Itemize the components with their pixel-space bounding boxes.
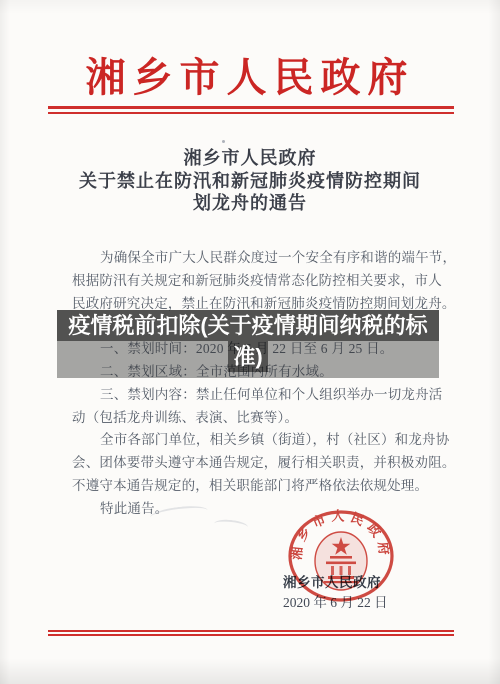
body-line: 动（包括龙舟训练、表演、比赛等）。 (72, 407, 442, 430)
scanned-notice-image: 湘乡市人民政府 湘乡市人民政府 关于禁止在防汛和新冠肺炎疫情防控期间 划龙舟的通… (0, 0, 500, 684)
caption-line-2: 准) (57, 341, 439, 372)
article-caption-overlay: 疫情税前扣除(关于疫情期间纳税的标 准) (57, 310, 439, 378)
letterhead-title: 湘乡市人民政府 (0, 56, 500, 100)
notice-title-line2: 关于禁止在防汛和新冠肺炎疫情防控期间 (0, 170, 500, 193)
official-seal-stamp: 湘乡市人民政府 (284, 506, 398, 602)
red-double-rule-bottom (48, 630, 454, 636)
notice-title: 湘乡市人民政府 关于禁止在防汛和新冠肺炎疫情防控期间 划龙舟的通告 (0, 147, 500, 215)
body-line: 全市各部门单位，相关乡镇（街道），村（社区）和龙舟协 (72, 429, 442, 452)
national-emblem-icon (315, 532, 367, 590)
red-double-rule-top (48, 106, 454, 114)
body-line: 为确保全市广大人民群众度过一个安全有序和谐的端午节， (72, 247, 442, 270)
notice-body: 为确保全市广大人民群众度过一个安全有序和谐的端午节， 根据防汛有关规定和新冠肺炎… (72, 247, 442, 521)
body-line: 三、禁划内容：禁止任何单位和个人组织举办一切龙舟活 (72, 384, 442, 407)
body-line: 会、团体要带头遵守本通告规定，履行相关职责，并积极劝阻。 (72, 452, 442, 475)
scan-speck (222, 140, 225, 143)
body-line: 根据防汛有关规定和新冠肺炎疫情常态化防控相关要求，市人 (72, 270, 442, 293)
body-line: 不遵守本通告规定的，相关职能部门将严格依法依规处理。 (72, 475, 442, 498)
notice-title-line1: 湘乡市人民政府 (0, 147, 500, 170)
notice-title-line3: 划龙舟的通告 (0, 192, 500, 215)
caption-line-1: 疫情税前扣除(关于疫情期间纳税的标 (57, 310, 439, 341)
